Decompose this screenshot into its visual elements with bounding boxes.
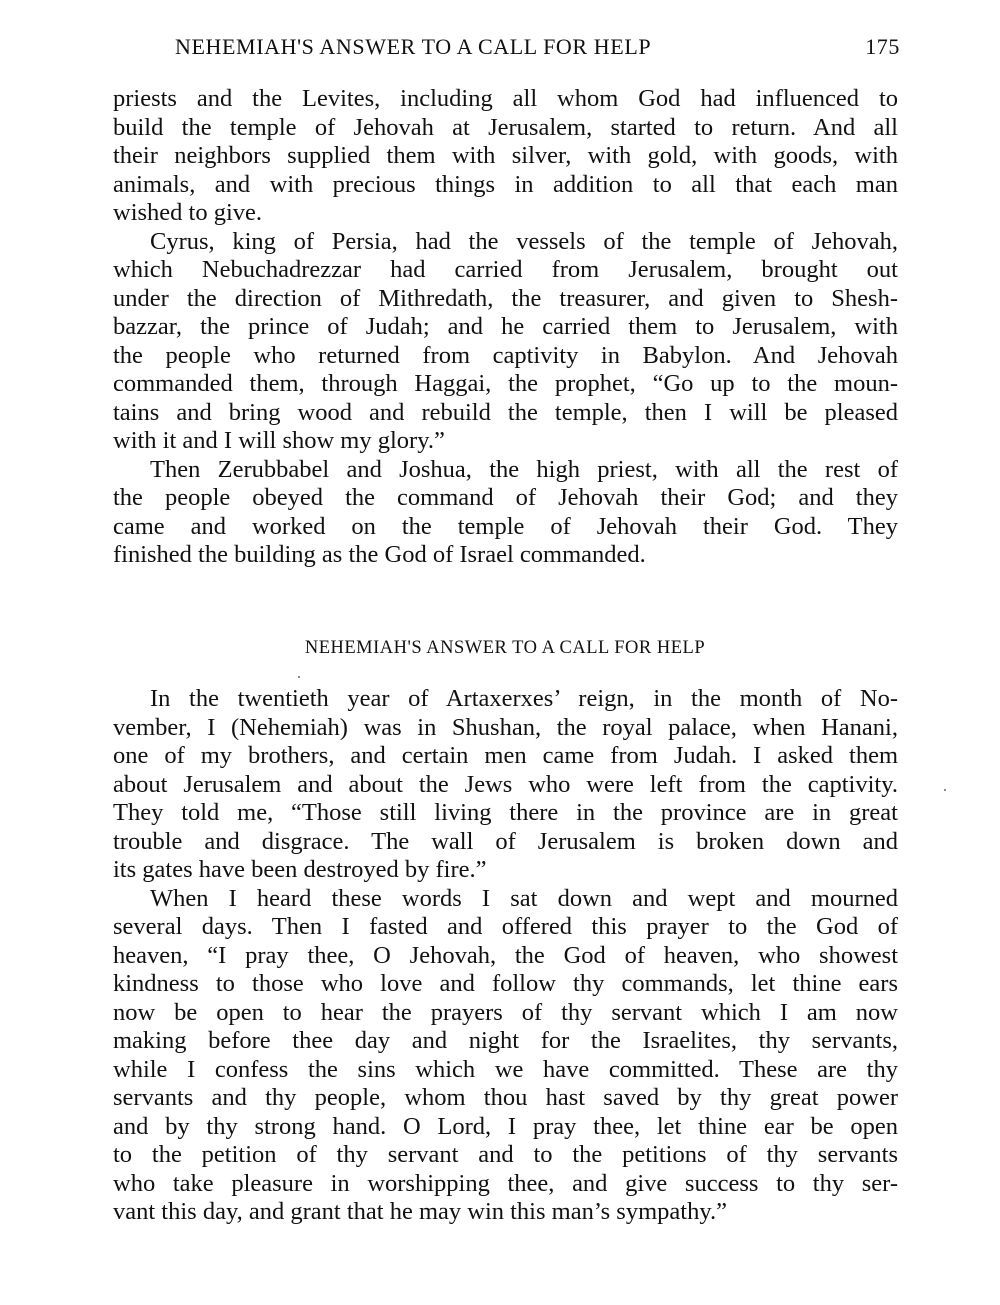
text-line: build the temple of Jehovah at Jerusalem… bbox=[113, 114, 898, 143]
text-line: bazzar, the prince of Judah; and he carr… bbox=[113, 313, 898, 342]
text-line: to the petition of thy servant and to th… bbox=[113, 1141, 898, 1170]
paragraph: When I heard these words I sat down and … bbox=[113, 885, 898, 1227]
text-line: heaven, “I pray thee, O Jehovah, the God… bbox=[113, 942, 898, 971]
text-line: its gates have been destroyed by fire.” bbox=[113, 856, 898, 885]
text-line: came and worked on the temple of Jehovah… bbox=[113, 513, 898, 542]
text-line: They told me, “Those still living there … bbox=[113, 799, 898, 828]
paragraph: In the twentieth year of Artaxerxes’ rei… bbox=[113, 685, 898, 885]
text-line: priests and the Levites, including all w… bbox=[113, 85, 898, 114]
running-head-title: NEHEMIAH'S ANSWER TO A CALL FOR HELP bbox=[175, 34, 651, 60]
text-line: their neighbors supplied them with silve… bbox=[113, 142, 898, 171]
text-line: When I heard these words I sat down and … bbox=[113, 885, 898, 914]
page-number: 175 bbox=[865, 34, 900, 60]
text-line: animals, and with precious things in add… bbox=[113, 171, 898, 200]
text-line: In the twentieth year of Artaxerxes’ rei… bbox=[113, 685, 898, 714]
section-1-body: priests and the Levites, including all w… bbox=[113, 85, 898, 570]
text-line: servants and thy people, whom thou hast … bbox=[113, 1084, 898, 1113]
text-line: wished to give. bbox=[113, 199, 898, 228]
paragraph: priests and the Levites, including all w… bbox=[113, 85, 898, 228]
text-line: tains and bring wood and rebuild the tem… bbox=[113, 399, 898, 428]
text-line: finished the building as the God of Isra… bbox=[113, 541, 898, 570]
text-line: with it and I will show my glory.” bbox=[113, 427, 898, 456]
paragraph: Then Zerubbabel and Joshua, the high pri… bbox=[113, 456, 898, 570]
scan-speck bbox=[298, 676, 300, 678]
scan-speck bbox=[944, 789, 946, 791]
text-line: about Jerusalem and about the Jews who w… bbox=[113, 771, 898, 800]
text-line: kindness to those who love and follow th… bbox=[113, 970, 898, 999]
text-line: Cyrus, king of Persia, had the vessels o… bbox=[113, 228, 898, 257]
text-line: one of my brothers, and certain men came… bbox=[113, 742, 898, 771]
text-line: trouble and disgrace. The wall of Jerusa… bbox=[113, 828, 898, 857]
text-line: commanded them, through Haggai, the prop… bbox=[113, 370, 898, 399]
text-line: Then Zerubbabel and Joshua, the high pri… bbox=[113, 456, 898, 485]
text-line: and by thy strong hand. O Lord, I pray t… bbox=[113, 1113, 898, 1142]
text-line: making before thee day and night for the… bbox=[113, 1027, 898, 1056]
text-line: now be open to hear the prayers of thy s… bbox=[113, 999, 898, 1028]
text-line: vember, I (Nehemiah) was in Shushan, the… bbox=[113, 714, 898, 743]
text-line: which Nebuchadrezzar had carried from Je… bbox=[113, 256, 898, 285]
book-page: NEHEMIAH'S ANSWER TO A CALL FOR HELP 175… bbox=[0, 0, 1000, 1305]
text-line: several days. Then I fasted and offered … bbox=[113, 913, 898, 942]
text-line: who take pleasure in worshipping thee, a… bbox=[113, 1170, 898, 1199]
running-head: NEHEMIAH'S ANSWER TO A CALL FOR HELP 175 bbox=[175, 34, 900, 60]
section-title: NEHEMIAH'S ANSWER TO A CALL FOR HELP bbox=[0, 638, 1000, 659]
text-line: vant this day, and grant that he may win… bbox=[113, 1198, 898, 1227]
text-line: while I confess the sins which we have c… bbox=[113, 1056, 898, 1085]
paragraph: Cyrus, king of Persia, had the vessels o… bbox=[113, 228, 898, 456]
text-line: the people who returned from captivity i… bbox=[113, 342, 898, 371]
text-line: under the direction of Mithredath, the t… bbox=[113, 285, 898, 314]
section-2-body: In the twentieth year of Artaxerxes’ rei… bbox=[113, 685, 898, 1227]
text-line: the people obeyed the command of Jehovah… bbox=[113, 484, 898, 513]
